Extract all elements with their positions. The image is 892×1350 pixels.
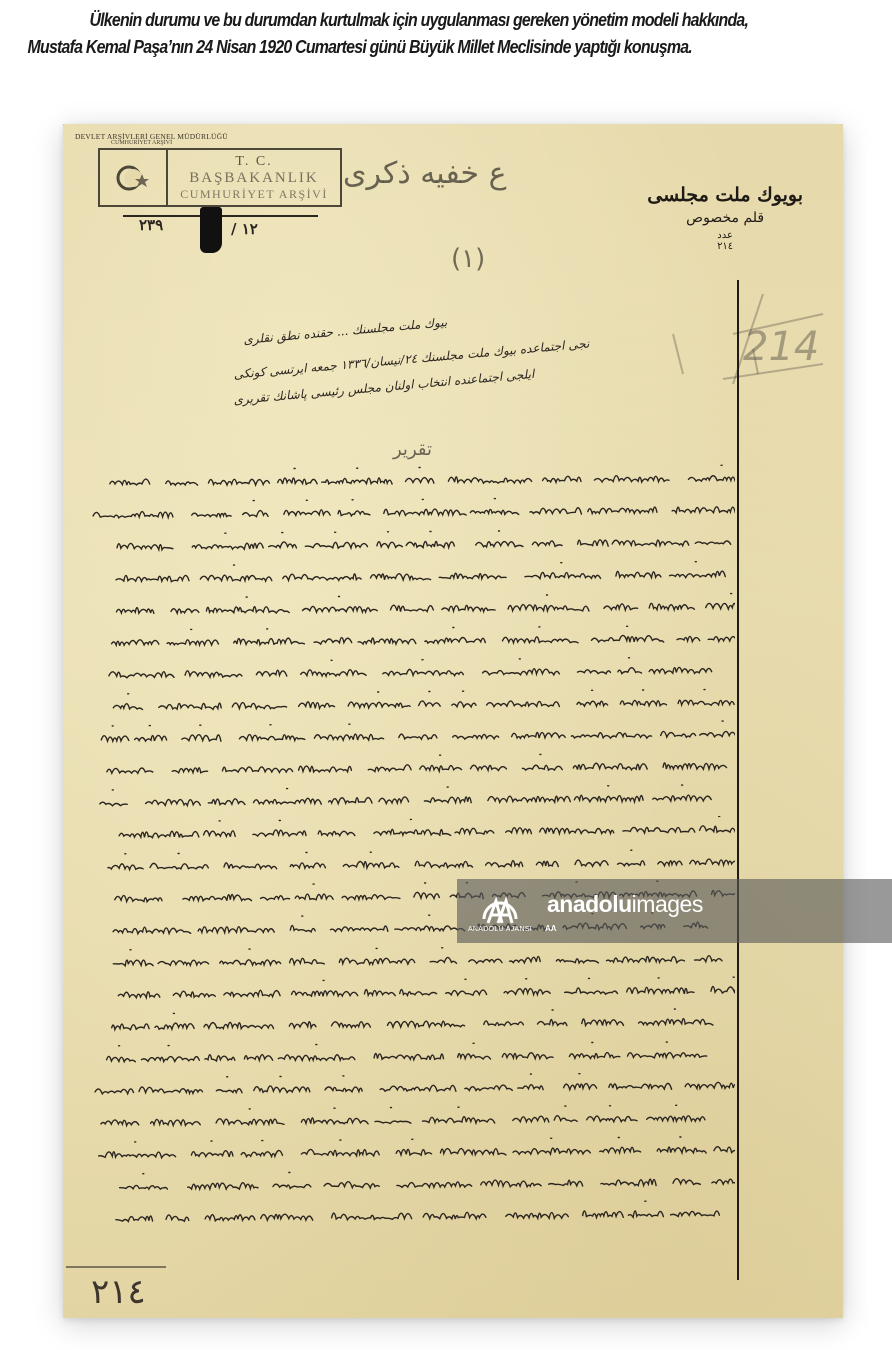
handwriting-line [85,944,735,972]
handwritten-title: ع خفيه ذکری [343,156,507,191]
intro-line-2: نجی اجتماعده بيوك ملت مجلسنك ٢٤/نيسان/١٣… [233,336,590,381]
pencil-number: 214 [743,324,819,370]
handwriting-line [85,560,735,588]
section-heading: تقرير [393,439,432,460]
handwriting-line [85,528,735,556]
crescent-star-emblem-icon [100,150,168,205]
handwriting-line [85,816,735,844]
handwriting-line [85,1104,735,1132]
handwriting-line [85,1200,735,1228]
letterhead-count-value: ٢١٤ [647,241,803,252]
handwriting-line [85,1168,735,1196]
handwriting-line [85,496,735,524]
page-marker: (١) [451,244,485,274]
handwriting-line [85,752,735,780]
ink-blot [200,207,222,253]
aa-logo-icon [480,889,520,925]
handwriting-line [85,976,735,1004]
brand-name: anadoluimages [547,891,703,918]
handwriting-line [85,624,735,652]
handwriting-line [85,688,735,716]
caption: Ülkenin durumu ve bu durumdan kurtulmak … [0,6,767,60]
archival-document-image: DEVLET ARŞİVLERİ GENEL MÜDÜRLÜĞÜ CUMHURİ… [63,124,843,1318]
stamp-number-left: ٢٣٩ [139,216,163,234]
handwriting-line [85,848,735,876]
brand-light: images [632,891,703,917]
anadolu-images-watermark: ANADOLU AJANSI anadoluimages AA [457,879,892,943]
handwriting-line [85,656,735,684]
letterhead: بويوك ملت مجلسی قلم مخصوص عدد ٢١٤ [647,184,803,252]
stamp-line-2: BAŞBAKANLIK [189,170,319,186]
caption-line-1: Ülkenin durumu ve bu durumdan kurtulmak … [0,6,767,33]
stamp-number-right: ١٢ / [231,220,258,238]
margin-rule [737,280,739,1280]
caption-line-2: Mustafa Kemal Paşa’nın 24 Nisan 1920 Cum… [0,33,767,60]
letterhead-count-label: عدد [647,230,803,241]
aa-short-label: AA [545,924,557,933]
aa-logo: ANADOLU AJANSI [465,889,535,933]
handwriting-line [85,592,735,620]
handwritten-body [85,464,735,1232]
stamp-line-1: T. C. [235,154,272,170]
handwriting-line [85,464,735,492]
footer-number: ٢١٤ [91,1272,146,1312]
handwriting-line [85,1040,735,1068]
stamp-line-3: CUMHURİYET ARŞİVİ [180,186,328,202]
handwriting-line [85,1072,735,1100]
archive-stamp: T. C. BAŞBAKANLIK CUMHURİYET ARŞİVİ [98,148,342,207]
brand-bold: anadolu [547,891,632,917]
handwriting-line [85,1136,735,1164]
handwriting-line [85,1008,735,1036]
agency-name: ANADOLU AJANSI [468,926,532,933]
archive-subheader: CUMHURİYET ARŞİVİ [111,140,172,146]
letterhead-assembly: بويوك ملت مجلسی [647,184,803,206]
handwriting-line [85,784,735,812]
letterhead-office: قلم مخصوص [647,210,803,226]
intro-line-1: بيوك ملت مجلسنك ... حقنده نطق نقلری [243,315,448,347]
footer-rule [66,1266,166,1268]
handwriting-line [85,720,735,748]
